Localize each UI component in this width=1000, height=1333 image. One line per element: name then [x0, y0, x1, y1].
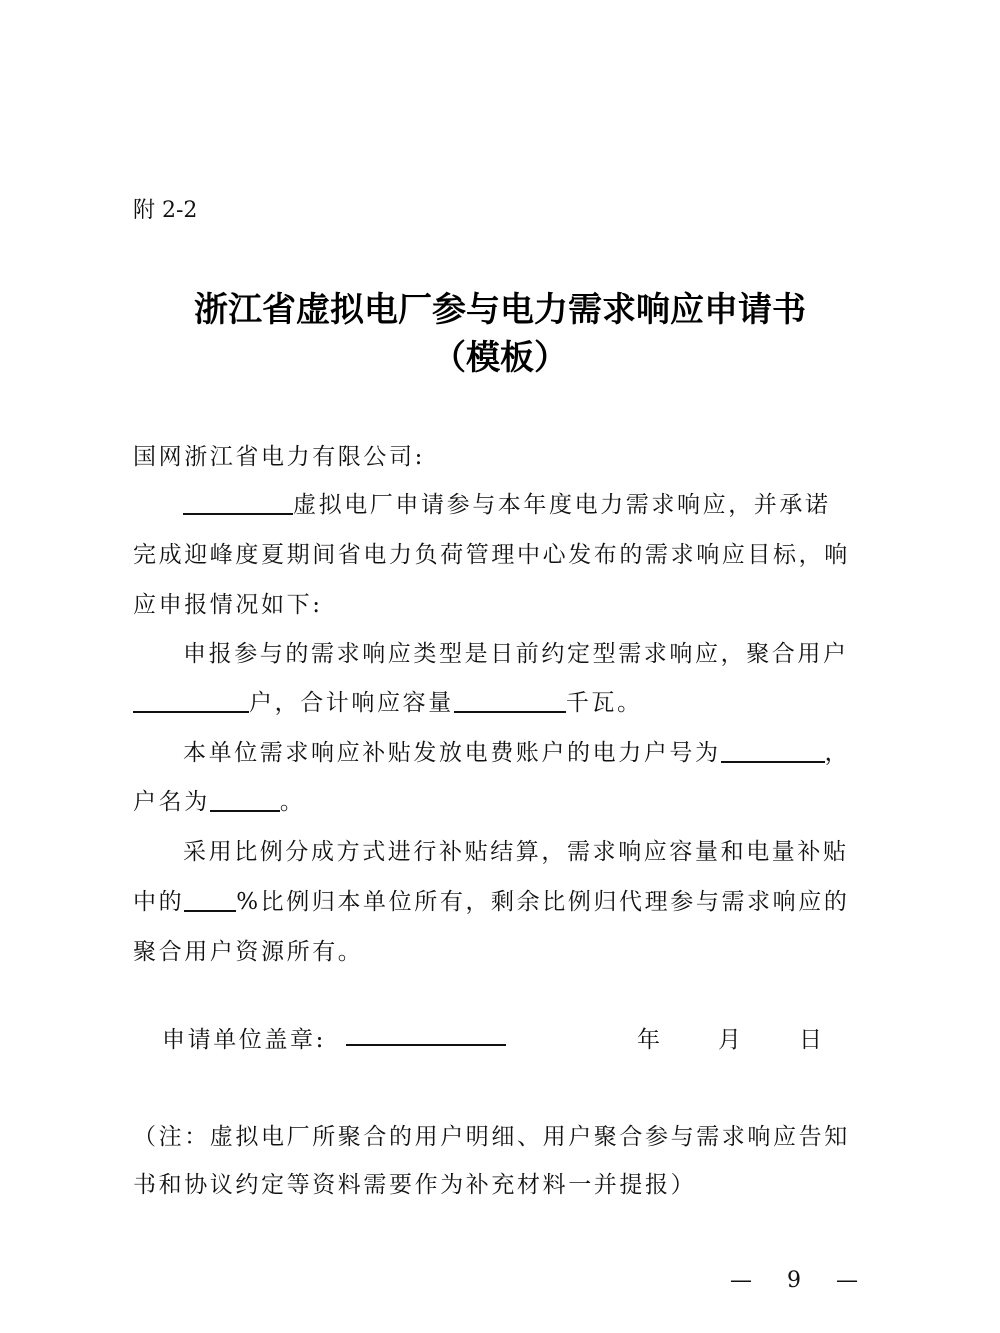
- attachment-label: 附 2-2: [133, 193, 197, 224]
- capacity-blank[interactable]: [454, 689, 566, 713]
- account-number-blank[interactable]: [721, 739, 825, 763]
- paragraph-1-line-2: 完成迎峰度夏期间省电力负荷管理中心发布的需求响应目标，响: [133, 536, 850, 569]
- account-name-blank[interactable]: [210, 788, 280, 812]
- paragraph-2-line-2: 户，合计响应容量千瓦。: [133, 684, 643, 717]
- account-number-label: 本单位需求响应补贴发放电费账户的电力户号为: [183, 740, 721, 766]
- paragraph-4-line-1: 采用比例分成方式进行补贴结算，需求响应容量和电量补贴: [183, 833, 849, 866]
- salutation: 国网浙江省电力有限公司:: [133, 438, 425, 471]
- ratio-percent-blank[interactable]: [184, 888, 236, 912]
- paragraph-1-line-3: 应申报情况如下:: [133, 586, 323, 619]
- paragraph-3-line-2: 户名为。: [133, 783, 305, 816]
- note-line-1: （注：虚拟电厂所聚合的用户明细、用户聚合参与需求响应告知: [133, 1118, 850, 1151]
- ratio-label: 中的: [133, 889, 184, 915]
- paragraph-4-line-2: 中的%比例归本单位所有，剩余比例归代理参与需求响应的: [133, 883, 849, 916]
- date-day: 日: [799, 1021, 825, 1054]
- period: 。: [280, 789, 306, 815]
- signature-label: 申请单位盖章:: [162, 1021, 326, 1054]
- document-title: 浙江省虚拟电厂参与电力需求响应申请书: [0, 282, 1000, 331]
- user-count-blank[interactable]: [133, 689, 249, 713]
- capacity-unit: 千瓦。: [566, 690, 643, 716]
- paragraph-4-line-3: 聚合用户资源所有。: [133, 933, 363, 966]
- paragraph-1-text: 虚拟电厂申请参与本年度电力需求响应，并承诺: [293, 492, 831, 518]
- vpp-name-blank[interactable]: [183, 491, 293, 515]
- date-month: 月: [718, 1021, 744, 1054]
- document-subtitle: （模板）: [0, 330, 1000, 379]
- comma: ，: [825, 740, 851, 766]
- ratio-text: %比例归本单位所有，剩余比例归代理参与需求响应的: [236, 889, 849, 915]
- page-number: — 9 —: [730, 1268, 872, 1293]
- account-name-label: 户名为: [133, 789, 210, 815]
- date-year: 年: [637, 1021, 663, 1054]
- paragraph-1-line-1: 虚拟电厂申请参与本年度电力需求响应，并承诺: [183, 486, 831, 519]
- paragraph-2-line-1: 申报参与的需求响应类型是日前约定型需求响应，聚合用户: [183, 635, 849, 668]
- note-line-2: 书和协议约定等资料需要作为补充材料一并提报）: [133, 1166, 696, 1199]
- seal-blank[interactable]: [346, 1044, 506, 1046]
- paragraph-3-line-1: 本单位需求响应补贴发放电费账户的电力户号为，: [183, 734, 850, 767]
- user-count-unit: 户，合计响应容量: [249, 690, 454, 716]
